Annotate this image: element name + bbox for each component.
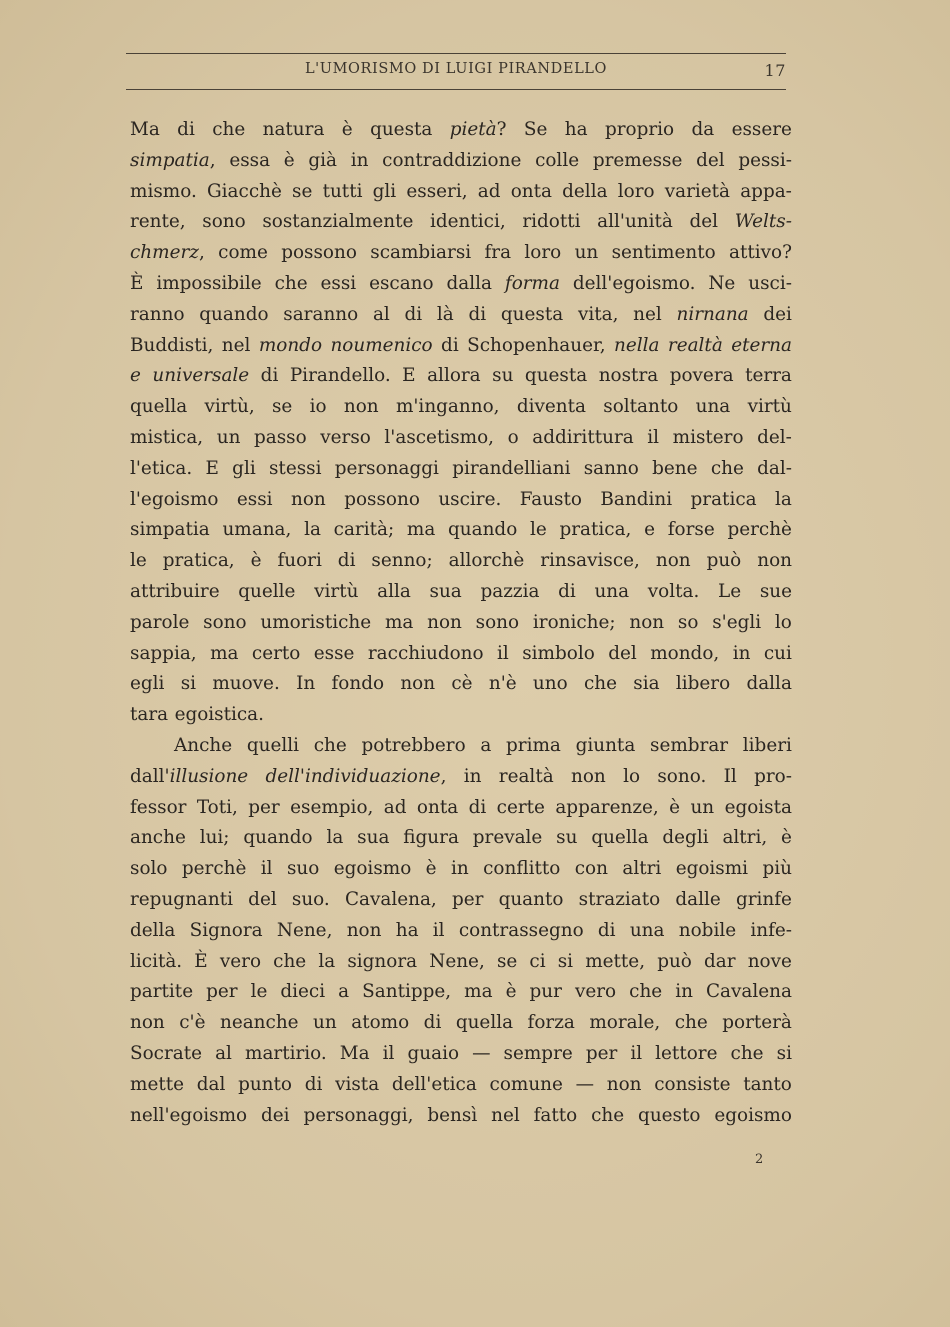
word: quelle (238, 577, 295, 608)
word: ad (478, 177, 501, 208)
word: che (591, 1101, 624, 1132)
word: pirandelliani (452, 454, 570, 485)
word: per (452, 885, 483, 916)
word: mette, (585, 947, 645, 978)
text-line: mettedalpuntodivistadell'eticacomune—non… (130, 1070, 792, 1101)
word: Signora (190, 916, 263, 947)
word: si (777, 1039, 792, 1070)
word: mondo (259, 331, 322, 362)
word: repugnanti (130, 885, 233, 916)
word: Nene, (429, 947, 485, 978)
word: c'è (179, 1008, 205, 1039)
word: il (383, 1039, 395, 1070)
text-line: mistica,unpassoversol'ascetismo,oaddirit… (130, 423, 792, 454)
word: Pirandello. (290, 361, 391, 392)
word: se (497, 947, 517, 978)
word: tanto (743, 1070, 792, 1101)
word: un (690, 793, 714, 824)
word: rinsavisce, (540, 546, 640, 577)
word: porterà (722, 1008, 792, 1039)
word: essi (321, 269, 357, 300)
word: dieci (280, 977, 325, 1008)
word: Santippe, (362, 977, 451, 1008)
word: che (675, 1008, 708, 1039)
word: contrassegno (459, 916, 584, 947)
word: loro (618, 177, 655, 208)
word: contraddizione (382, 146, 521, 177)
text-line: sappia,macertoesseracchiudonoilsimbolode… (130, 639, 792, 670)
word: la (318, 947, 335, 978)
word: di (261, 361, 279, 392)
word: dalla (746, 669, 791, 700)
word: cè (451, 669, 472, 700)
running-head: L'UMORISMO DI LUIGI PIRANDELLO 17 (126, 61, 786, 83)
word: ma (210, 639, 238, 670)
word: — (472, 1039, 490, 1070)
text-line: dellaSignoraNene,nonhailcontrassegnodiun… (130, 916, 792, 947)
word: uno (533, 669, 568, 700)
word: Ne (708, 269, 735, 300)
word: neanche (220, 1008, 299, 1039)
word: nobile (679, 916, 736, 947)
word: non (607, 1070, 642, 1101)
word: quando (448, 515, 517, 546)
word: senno; (371, 546, 432, 577)
word: varietà (665, 177, 730, 208)
word: degli (662, 823, 708, 854)
word: il (630, 1039, 642, 1070)
word: ridotti (522, 207, 580, 238)
word: ma (464, 977, 492, 1008)
word: le (130, 546, 147, 577)
word: Ma (130, 115, 160, 146)
word: certe (497, 793, 545, 824)
word: che (731, 1039, 764, 1070)
word: da (691, 115, 714, 146)
word: per (586, 1039, 617, 1070)
word: so (678, 608, 699, 639)
word: può (707, 546, 742, 577)
word: una (594, 577, 629, 608)
word: terra (745, 361, 792, 392)
word: uscire. (438, 485, 501, 516)
word: ad (384, 793, 407, 824)
word: di (469, 793, 487, 824)
word: virtù (314, 577, 358, 608)
word: fra (484, 238, 511, 269)
word: conflitto (483, 854, 560, 885)
text-line: taraegoistica. (130, 700, 792, 731)
word: lo (623, 762, 640, 793)
word: non (757, 546, 792, 577)
word: in (451, 854, 469, 885)
word: Giacchè (207, 177, 282, 208)
word: suo. (292, 885, 330, 916)
word: libero (676, 669, 730, 700)
word: saranno (283, 300, 358, 331)
text-line: euniversalediPirandello.Eallorasuquestan… (130, 361, 792, 392)
word: allora (427, 361, 481, 392)
word: in (733, 639, 751, 670)
word: umoristiche (260, 608, 371, 639)
word: di (441, 331, 459, 362)
word: fondo (331, 669, 384, 700)
word: m'inganno, (396, 392, 500, 423)
word: in (464, 762, 482, 793)
word: in (351, 146, 369, 177)
word: personaggi, (303, 1101, 413, 1132)
word: povera (670, 361, 734, 392)
word: della (130, 916, 175, 947)
word: la (304, 515, 321, 546)
word: all'unità (597, 207, 673, 238)
word: egli (130, 669, 164, 700)
word: quelli (247, 731, 299, 762)
word: che (275, 269, 308, 300)
text-line: eglisimuove.Infondononcèn'èunochesialibe… (130, 669, 792, 700)
word: io (310, 392, 327, 423)
word: pratica, (163, 546, 235, 577)
word: esseri, (406, 177, 467, 208)
word: sanno (584, 454, 639, 485)
word: diventa (517, 392, 586, 423)
word: egoismi (676, 854, 748, 885)
word: con (575, 854, 608, 885)
word: martirio. (245, 1039, 327, 1070)
word: quando (199, 300, 268, 331)
word: liberi (743, 731, 792, 762)
word: dell'etica (392, 1070, 477, 1101)
word: sono (476, 608, 519, 639)
word: non (347, 916, 382, 947)
word: ranno (130, 300, 185, 331)
word: in (675, 977, 693, 1008)
word: usci- (748, 269, 792, 300)
word: attribuire (130, 577, 220, 608)
word: consiste (654, 1070, 730, 1101)
text-line: chmerz,comepossonoscambiarsifralorounsen… (130, 238, 792, 269)
word: su (556, 823, 577, 854)
word: prevale (473, 823, 543, 854)
word: Welts- (735, 207, 792, 238)
word: non (571, 762, 606, 793)
word: a (480, 731, 491, 762)
word: del (608, 639, 637, 670)
word: Cavalena (706, 977, 792, 1008)
word: fessor (130, 793, 186, 824)
word: allorchè (449, 546, 525, 577)
word: o (508, 423, 519, 454)
word: racchiudono (368, 639, 484, 670)
word: gli (373, 177, 397, 208)
word: essere (732, 115, 792, 146)
word: fuori (277, 546, 321, 577)
word: ironiche; (533, 608, 616, 639)
word: punto (238, 1070, 292, 1101)
word: morale, (589, 1008, 660, 1039)
word: di (177, 115, 195, 146)
body-text: Madichenaturaèquestapietà?Sehapropriodae… (130, 115, 792, 1131)
word: l'ascetismo, (384, 423, 494, 454)
word: chmerz, (130, 238, 205, 269)
word: sono. (657, 762, 706, 793)
word: dei (261, 1101, 290, 1132)
word: del (690, 207, 719, 238)
word: Nene, (277, 916, 333, 947)
header-rule-top (126, 53, 786, 54)
word: In (296, 669, 315, 700)
word: addirittura (532, 423, 633, 454)
text-line: nell'egoismodeipersonaggi,bensìnelfattoc… (130, 1101, 792, 1132)
word: dell'egoismo. (573, 269, 696, 300)
word: alla (377, 577, 411, 608)
text-line: quellavirtù,seiononm'inganno,diventasolt… (130, 392, 792, 423)
word: simpatia, (130, 146, 216, 177)
word: una (630, 916, 665, 947)
word: sostanzialmente (262, 207, 413, 238)
word: che (711, 454, 744, 485)
word: Buddisti, (130, 331, 213, 362)
word: bene (652, 454, 697, 485)
word: è (251, 546, 262, 577)
word: dei (763, 300, 792, 331)
word: ha (396, 916, 419, 947)
word: lettore (655, 1039, 717, 1070)
word: Se (524, 115, 547, 146)
word: della (562, 177, 607, 208)
text-line: simpatia,essaègiàincontraddizionecollepr… (130, 146, 792, 177)
word: altri, (722, 823, 767, 854)
word: sua (357, 823, 389, 854)
text-line: simpatiaumana,lacarità;maquandolepratica… (130, 515, 792, 546)
word: è (284, 146, 295, 177)
word: onta (511, 177, 552, 208)
word: sentimento (612, 238, 716, 269)
word: egoismo (334, 854, 412, 885)
word: il (497, 639, 509, 670)
word: e (644, 515, 655, 546)
word: perchè (182, 854, 246, 885)
word: muove. (212, 669, 279, 700)
word: solo (130, 854, 167, 885)
word: onta (417, 793, 458, 824)
word: loro (524, 238, 561, 269)
word: un (575, 238, 599, 269)
word: comune (490, 1070, 563, 1101)
word: è (506, 977, 517, 1008)
text-line: partiteperledieciaSantippe,maèpurveroche… (130, 977, 792, 1008)
word: di (305, 1070, 323, 1101)
word: nel (633, 300, 662, 331)
text-line: Anchequellichepotrebberoaprimagiuntasemb… (130, 731, 792, 762)
word: nostra (599, 361, 659, 392)
word: dal- (757, 454, 792, 485)
word: essa (229, 146, 270, 177)
word: forza (528, 1008, 575, 1039)
word: mette (130, 1070, 184, 1101)
word: potrebbero (361, 731, 465, 762)
word: al (215, 1039, 232, 1070)
word: parole (130, 608, 189, 639)
word: dalle (675, 885, 720, 916)
word: fatto (534, 1101, 578, 1132)
word: rente, (130, 207, 186, 238)
word: identici, (430, 207, 506, 238)
scanned-book-page: L'UMORISMO DI LUIGI PIRANDELLO 17 Madich… (0, 0, 950, 1327)
header-rule-bottom (126, 89, 786, 90)
word: nirnana (677, 300, 749, 331)
word: mondo, (650, 639, 719, 670)
word: dall'illusione (130, 762, 248, 793)
word: simbolo (522, 639, 595, 670)
word: bensì (427, 1101, 477, 1132)
word: straziato (579, 885, 661, 916)
text-line: nonc'èneancheunatomodiquellaforzamorale,… (130, 1008, 792, 1039)
word: ci (529, 947, 545, 978)
word: E (402, 361, 415, 392)
word: forma (505, 269, 560, 300)
word: infe- (750, 916, 792, 947)
word: sappia, (130, 639, 197, 670)
word: simpatia (130, 515, 210, 546)
word: soltanto (603, 392, 678, 423)
word: mistero (673, 423, 744, 454)
word: l'etica. (130, 454, 192, 485)
word: mistica, (130, 423, 203, 454)
word: guaio (407, 1039, 459, 1070)
word: Anche (174, 731, 232, 762)
word: egoistica. (175, 700, 264, 731)
word: vita, (578, 300, 618, 331)
word: licità. (130, 947, 182, 978)
word: anche (130, 823, 186, 854)
word: del- (757, 423, 792, 454)
word: è (426, 854, 437, 885)
word: Il (724, 762, 737, 793)
word: il (261, 854, 273, 885)
word: si (558, 947, 573, 978)
word: passo (254, 423, 307, 454)
word: virtù, (205, 392, 255, 423)
word: pro- (754, 762, 792, 793)
text-line: repugnantidelsuo.Cavalena,perquantostraz… (130, 885, 792, 916)
word: attivo? (729, 238, 792, 269)
word: universale (152, 361, 249, 392)
text-line: dall'illusionedell'individuazione,inreal… (130, 762, 792, 793)
word: tutti (323, 177, 363, 208)
word: è (342, 115, 353, 146)
word: sono (202, 207, 245, 238)
word: gli (232, 454, 256, 485)
word: questa (501, 300, 563, 331)
word: Socrate (130, 1039, 202, 1070)
word: premesse (593, 146, 683, 177)
word: pur (530, 977, 562, 1008)
word: partite (130, 977, 193, 1008)
word: del (248, 885, 277, 916)
word: ha (565, 115, 588, 146)
word: volta. (648, 577, 700, 608)
word: di (469, 300, 487, 331)
word: — (576, 1070, 594, 1101)
word: che (629, 977, 662, 1008)
word: tara (130, 700, 168, 731)
text-line: Buddisti,nelmondonoumenicodiSchopenhauer… (130, 331, 792, 362)
text-line: attribuirequellevirtùallasuapazziadiunav… (130, 577, 792, 608)
word: non (629, 608, 664, 639)
word: pratica, (559, 515, 631, 546)
page-number: 17 (764, 61, 786, 80)
word: quando (243, 823, 312, 854)
word: n'è (489, 669, 517, 700)
word: e (130, 361, 141, 392)
word: nell'egoismo (130, 1101, 247, 1132)
text-line: l'etica.Eglistessipersonaggipirandellian… (130, 454, 792, 485)
word: le (251, 977, 268, 1008)
word: a (338, 977, 349, 1008)
text-line: l'egoismoessinonpossonouscire.FaustoBand… (130, 485, 792, 516)
word: carità; (334, 515, 395, 546)
text-line: soloperchèilsuoegoismoèinconflittoconalt… (130, 854, 792, 885)
word: Bandini (600, 485, 672, 516)
signature-mark: 2 (755, 1152, 763, 1167)
word: non (291, 485, 326, 516)
word: può (657, 947, 692, 978)
word: questa (525, 361, 587, 392)
word: quanto (499, 885, 564, 916)
word: che (212, 115, 245, 146)
word: è (781, 823, 792, 854)
word: pazzia (480, 577, 539, 608)
word: cui (764, 639, 792, 670)
word: per (206, 977, 237, 1008)
word: nella (614, 331, 659, 362)
word: se (272, 392, 292, 423)
word: personaggi (335, 454, 439, 485)
word: come (218, 238, 268, 269)
running-title: L'UMORISMO DI LUIGI PIRANDELLO (126, 61, 786, 77)
word: esempio, (290, 793, 373, 824)
word: di (338, 546, 356, 577)
word: nel (222, 331, 251, 362)
word: egoista (725, 793, 792, 824)
text-line: mismo.Giacchèsetuttigliesseri,adontadell… (130, 177, 792, 208)
word: E (205, 454, 218, 485)
word: ma (385, 608, 413, 639)
word: pietà? (450, 115, 507, 146)
word: proprio (605, 115, 674, 146)
word: dal (197, 1070, 226, 1101)
word: stessi (269, 454, 321, 485)
word: la (326, 823, 343, 854)
word: per (248, 793, 279, 824)
word: sempre (504, 1039, 573, 1070)
text-line: lepratica,èfuoridisenno;allorchèrinsavis… (130, 546, 792, 577)
word: esse (314, 639, 355, 670)
word: scambiarsi (370, 238, 471, 269)
word: È (194, 947, 207, 978)
text-line: Madichenaturaèquestapietà?Sehapropriodae… (130, 115, 792, 146)
word: il (647, 423, 659, 454)
word: già (308, 146, 337, 177)
word: vero (220, 947, 261, 978)
word: un (313, 1008, 337, 1039)
word: non (130, 1008, 165, 1039)
word: Le (718, 577, 741, 608)
word: del (696, 146, 725, 177)
text-line: Èimpossibilecheessiescanodallaformadell'… (130, 269, 792, 300)
word: certo (252, 639, 300, 670)
